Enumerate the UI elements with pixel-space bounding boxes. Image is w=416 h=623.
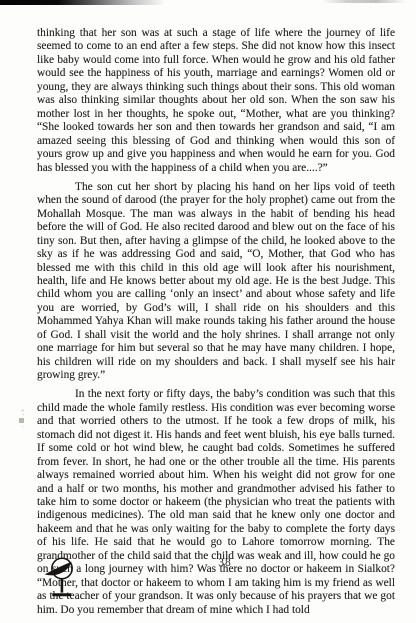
book-page: thinking that her son was at such a stag… — [0, 0, 416, 623]
paragraph: thinking that her son was at such a stag… — [37, 27, 395, 175]
paragraph: The son cut her short by placing his han… — [37, 181, 395, 383]
scan-artifact-top-right — [322, 0, 406, 3]
brandy-glass-logo-icon — [44, 556, 76, 602]
scan-artifact-top-left — [0, 0, 165, 5]
scan-speck — [19, 418, 24, 423]
page-number: 38 — [195, 557, 255, 569]
paragraph: In the next forty or fifty days, the bab… — [37, 388, 395, 617]
page-text: thinking that her son was at such a stag… — [37, 27, 395, 623]
